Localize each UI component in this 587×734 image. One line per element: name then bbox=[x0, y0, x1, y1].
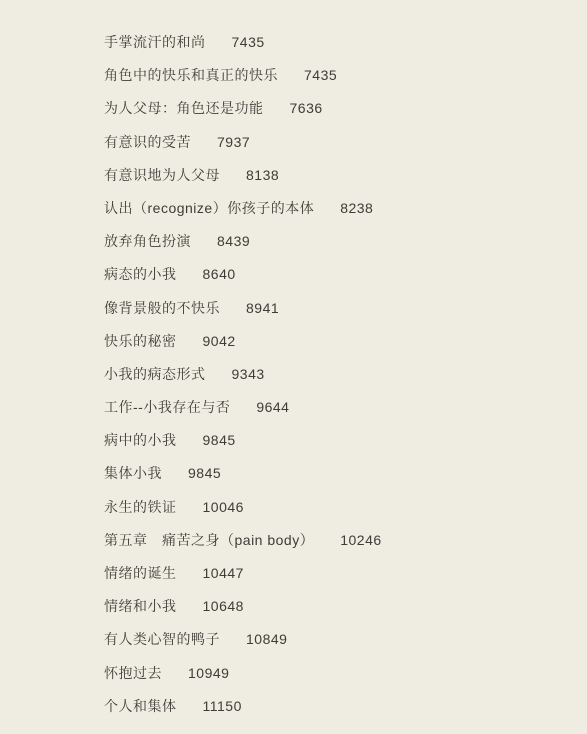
toc-item-page: 10046 bbox=[203, 499, 244, 515]
toc-item-title: 工作--小我存在与否 bbox=[104, 399, 230, 415]
toc-item-title: 情绪和小我 bbox=[104, 598, 177, 614]
toc-item-page: 8941 bbox=[246, 300, 279, 316]
toc-item-title: 小我的病态形式 bbox=[104, 366, 206, 382]
toc-item[interactable]: 情绪和小我10648 bbox=[104, 590, 587, 623]
toc-item-title: 放弃角色扮演 bbox=[104, 233, 191, 249]
toc-item-title: 第五章 痛苦之身（pain body） bbox=[104, 532, 314, 548]
toc-item[interactable]: 放弃角色扮演8439 bbox=[104, 225, 587, 258]
toc-item[interactable]: 怀抱过去10949 bbox=[104, 657, 587, 690]
toc-item-page: 9644 bbox=[256, 399, 289, 415]
toc-item-page: 8640 bbox=[203, 266, 236, 282]
toc-item[interactable]: 手掌流汗的和尚7435 bbox=[104, 26, 587, 59]
toc-item-page: 7636 bbox=[290, 100, 323, 116]
toc-item-page: 7435 bbox=[304, 67, 337, 83]
toc-item[interactable]: 工作--小我存在与否9644 bbox=[104, 391, 587, 424]
toc-item[interactable]: 小我的病态形式9343 bbox=[104, 358, 587, 391]
toc-item-title: 有意识地为人父母 bbox=[104, 167, 220, 183]
toc-item-title: 认出（recognize）你孩子的本体 bbox=[104, 200, 314, 216]
toc-item-title: 永生的铁证 bbox=[104, 499, 177, 515]
toc-item-title: 个人和集体 bbox=[104, 698, 177, 714]
toc-item[interactable]: 病中的小我9845 bbox=[104, 424, 587, 457]
toc-item-title: 角色中的快乐和真正的快乐 bbox=[104, 67, 278, 83]
toc-item-page: 8439 bbox=[217, 233, 250, 249]
toc-item-title: 有意识的受苦 bbox=[104, 134, 191, 150]
toc-item-title: 手掌流汗的和尚 bbox=[104, 34, 206, 50]
toc-item[interactable]: 认出（recognize）你孩子的本体8238 bbox=[104, 192, 587, 225]
toc-item-page: 7435 bbox=[232, 34, 265, 50]
toc-item-page: 10949 bbox=[188, 665, 229, 681]
toc-item-title: 病中的小我 bbox=[104, 432, 177, 448]
toc-item-title: 病态的小我 bbox=[104, 266, 177, 282]
toc-item-title: 怀抱过去 bbox=[104, 665, 162, 681]
toc-item[interactable]: 病态的小我8640 bbox=[104, 258, 587, 291]
toc-item-page: 10447 bbox=[203, 565, 244, 581]
toc-item-page: 10849 bbox=[246, 631, 287, 647]
toc-item[interactable]: 为人父母：角色还是功能7636 bbox=[104, 92, 587, 125]
toc-item[interactable]: 角色中的快乐和真正的快乐7435 bbox=[104, 59, 587, 92]
toc-item-page: 9343 bbox=[232, 366, 265, 382]
toc-item-title: 快乐的秘密 bbox=[104, 333, 177, 349]
toc-item[interactable]: 快乐的秘密9042 bbox=[104, 325, 587, 358]
toc-item-page: 10648 bbox=[203, 598, 244, 614]
toc-item[interactable]: 第五章 痛苦之身（pain body）10246 bbox=[104, 524, 587, 557]
toc-item[interactable]: 集体小我9845 bbox=[104, 457, 587, 490]
toc-item-page: 7937 bbox=[217, 134, 250, 150]
toc-item-page: 11150 bbox=[203, 698, 242, 714]
toc-item-page: 8238 bbox=[340, 200, 373, 216]
toc-item-page: 9845 bbox=[188, 465, 221, 481]
toc-item-title: 像背景般的不快乐 bbox=[104, 300, 220, 316]
toc-item-page: 9845 bbox=[203, 432, 236, 448]
toc-item[interactable]: 情绪的诞生10447 bbox=[104, 557, 587, 590]
toc-item-title: 情绪的诞生 bbox=[104, 565, 177, 581]
toc-item[interactable]: 有意识地为人父母8138 bbox=[104, 159, 587, 192]
toc-item[interactable]: 永生的铁证10046 bbox=[104, 491, 587, 524]
toc-item-page: 9042 bbox=[203, 333, 236, 349]
toc-item[interactable]: 个人和集体11150 bbox=[104, 690, 587, 723]
toc-item-title: 为人父母：角色还是功能 bbox=[104, 100, 264, 116]
toc-item-title: 集体小我 bbox=[104, 465, 162, 481]
toc-list: 手掌流汗的和尚7435角色中的快乐和真正的快乐7435为人父母：角色还是功能76… bbox=[0, 0, 587, 723]
toc-item[interactable]: 有意识的受苦7937 bbox=[104, 126, 587, 159]
toc-item[interactable]: 像背景般的不快乐8941 bbox=[104, 292, 587, 325]
toc-item-page: 10246 bbox=[340, 532, 381, 548]
toc-item-title: 有人类心智的鸭子 bbox=[104, 631, 220, 647]
toc-item[interactable]: 有人类心智的鸭子10849 bbox=[104, 623, 587, 656]
toc-item-page: 8138 bbox=[246, 167, 279, 183]
